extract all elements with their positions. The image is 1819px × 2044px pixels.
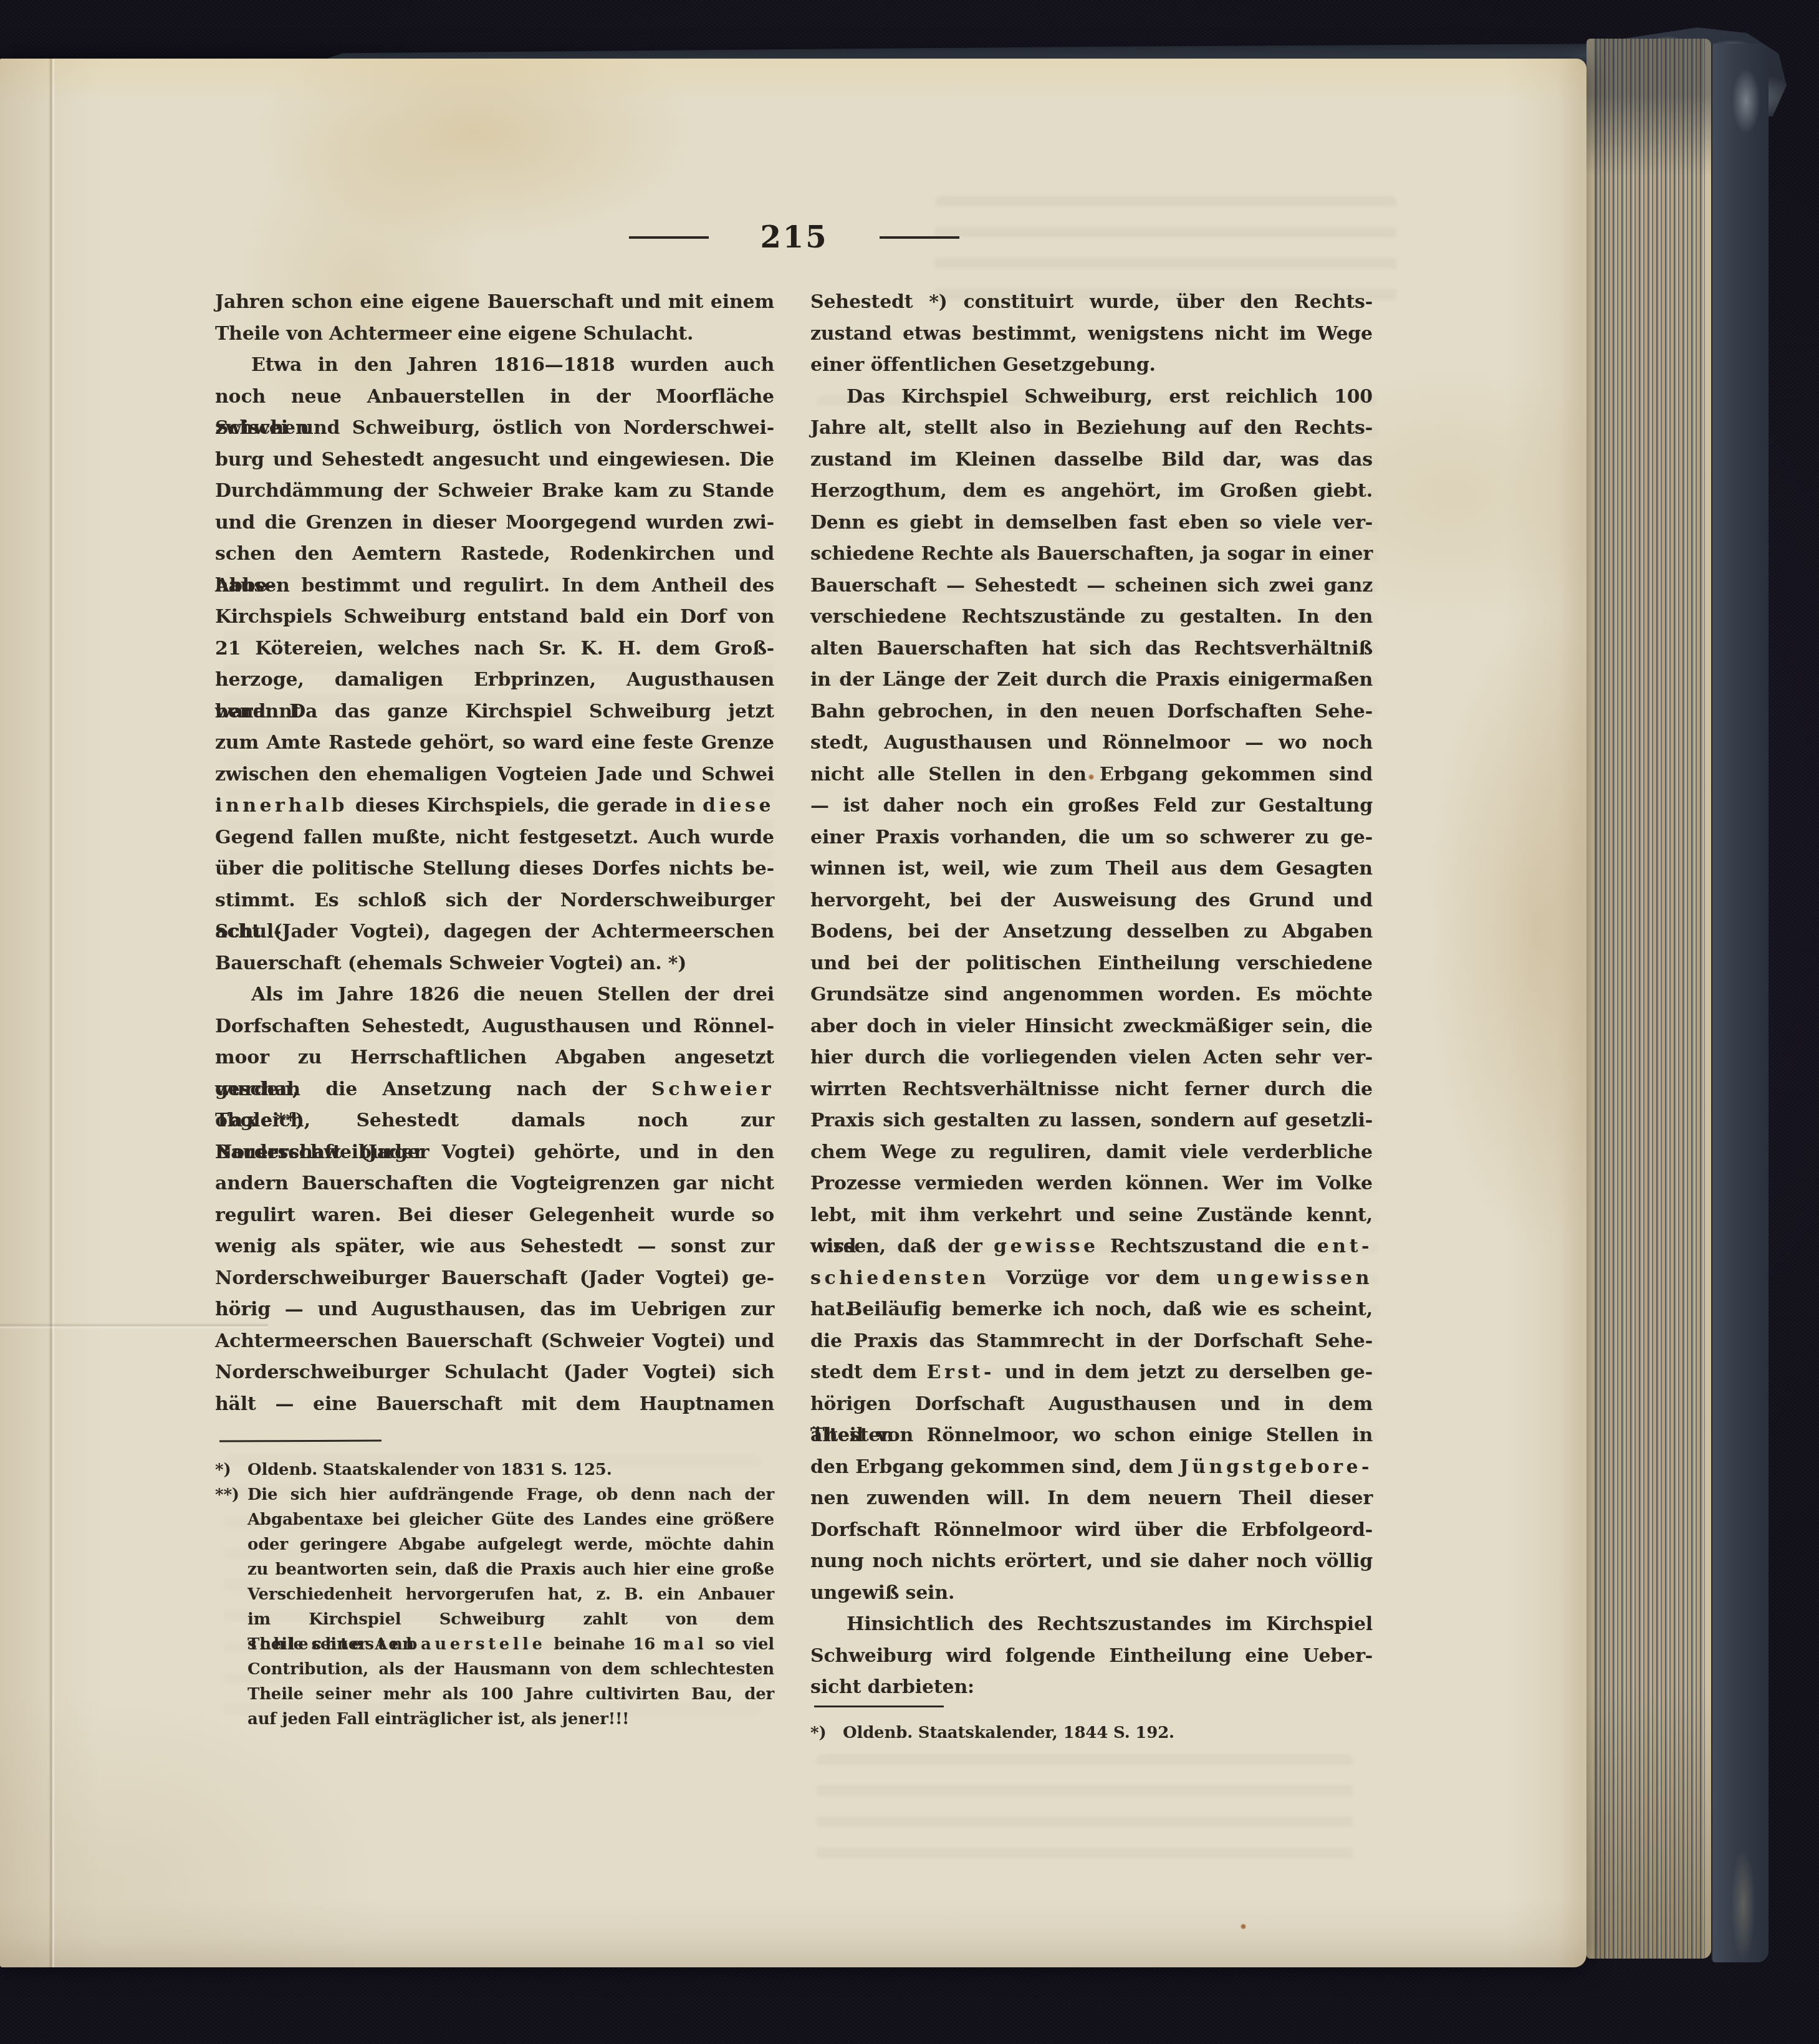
text-line: hörig — und Augusthausen, das im Uebrige… [215,1294,774,1326]
text-line: innerhalb dieses Kirchspiels, die gerade… [215,790,774,822]
text-line: Bahn gebrochen, in den neuen Dorfschafte… [810,696,1373,728]
text-line: und die Grenzen in dieser Moorgegend wur… [215,507,774,539]
book-cover-right-edge [1711,44,1769,1962]
text-line: Herzogthum, dem es angehört, im Großen g… [810,476,1373,507]
text-column-right: Sehestedt *) constituirt wurde, über den… [810,287,1373,1704]
text-line: schen den Aemtern Rastede, Rodenkirchen … [215,539,774,570]
text-line: hausen bestimmt und regulirt. In dem Ant… [215,570,774,602]
footnote-line: **)Die sich hier aufdrängende Frage, ob … [215,1482,774,1507]
letterspaced-text: schiedensten [810,1267,989,1289]
text-line: — ist daher noch ein großes Feld zur Ges… [810,790,1373,822]
text-line: Schwei und Schweiburg, östlich von Norde… [215,413,774,444]
text-line: lebt, mit ihm verkehrt und seine Zuständ… [810,1200,1373,1232]
text-line: schiedensten Vorzüge vor dem ungewissen … [810,1263,1373,1295]
footnote-line: auf jeden Fall einträglicher ist, als je… [215,1707,774,1732]
text-line: Denn es giebt in demselben fast eben so … [810,507,1373,539]
text-line: in der Länge der Zeit durch die Praxis e… [810,665,1373,696]
text-line: Praxis sich gestalten zu lassen, sondern… [810,1105,1373,1137]
letterspaced-text: innerhalb [215,795,348,817]
text-line: Kirchspiels Schweiburg entstand bald ein… [215,602,774,633]
text-line: einer Praxis vorhanden, die um so schwer… [810,822,1373,854]
text-column-left: Jahren schon eine eigene Bauerschaft und… [215,287,774,1420]
photo-backdrop: 215 Jahren schon eine eigene Bauerschaft… [0,0,1819,2044]
letterspaced-text: mal [663,1635,708,1654]
text-line: regulirt waren. Bei dieser Gelegenheit w… [215,1200,774,1232]
text-line: zustand etwas bestimmt, wenigstens nicht… [810,319,1373,350]
text-line: Bodens, bei der Ansetzung desselben zu A… [810,916,1373,948]
text-line: Grundsätze sind angenommen worden. Es mö… [810,979,1373,1011]
text-line: moor zu Herrschaftlichen Abgaben angeset… [215,1042,774,1074]
footnote-line: Theile seiner mehr als 100 Jahre cultivi… [215,1682,774,1707]
text-line: wenig als später, wie aus Sehestedt — so… [215,1231,774,1263]
text-line: nicht alle Stellen in den Erbgang gekomm… [810,759,1373,791]
footnote-line: Contribution, als der Hausmann von dem s… [215,1657,774,1682]
footnote-marker: **) [215,1482,247,1507]
footnote-line: Theile seiner Anbauerstelle beinahe 16 m… [215,1632,774,1657]
text-line: Etwa in den Jahren 1816—1818 wurden auch [215,350,774,381]
text-line: hier durch die vorliegenden vielen Acten… [810,1042,1373,1074]
footnote-line: zu beantworten sein, daß die Praxis auch… [215,1557,774,1582]
text-line: 21 Kötereien, welches nach Sr. K. H. dem… [215,633,774,665]
text-line: ungewiß sein. [810,1578,1373,1610]
text-line: wirrten Rechtsverhältnisse nicht ferner … [810,1074,1373,1106]
page-number: 215 [760,220,828,255]
text-line: hörigen Dorfschaft Augusthausen und in d… [810,1389,1373,1421]
header-dash-right [880,236,959,239]
footnotes-right: *)Oldenb. Staatskalender, 1844 S. 192. [810,1720,1373,1745]
text-line: Norderschweiburger Bauerschaft (Jader Vo… [215,1263,774,1295]
text-line: Theile von Achtermeer eine eigene Schula… [215,319,774,350]
text-line: Sehestedt *) constituirt wurde, über den… [810,287,1373,319]
text-line: burg und Sehestedt angesucht und eingewi… [215,444,774,476]
text-line: winnen ist, weil, wie zum Theil aus dem … [810,853,1373,885]
text-line: hervorgeht, bei der Ausweisung des Grund… [810,885,1373,917]
text-line: geschah die Ansetzung nach der Schweier … [215,1074,774,1106]
text-line: zum Amte Rastede gehört, so ward eine fe… [215,727,774,759]
text-line: ward. Da das ganze Kirchspiel Schweiburg… [215,696,774,728]
book-fore-edge-pages [1586,39,1711,1959]
text-line: Jahren schon eine eigene Bauerschaft und… [215,287,774,319]
letterspaced-text: Jüngstgebore- [1180,1456,1373,1478]
footnote-line: oder geringere Abgabe aufgelegt werde, m… [215,1532,774,1557]
footnote-marker: *) [810,1720,843,1745]
text-line: wissen, daß der gewisse Rechtszustand di… [810,1231,1373,1263]
footnote-line: Verschiedenheit hervorgerufen hat, z. B.… [215,1582,774,1607]
text-line: zwischen den ehemaligen Vogteien Jade un… [215,759,774,791]
text-line: einer öffentlichen Gesetzgebung. [810,350,1373,381]
bleedthrough-ghost [817,1754,1353,1879]
text-line: Achtermeerschen Bauerschaft (Schweier Vo… [215,1326,774,1358]
text-line: Beiläufig bemerke ich noch, daß wie es s… [810,1294,1373,1326]
footnote-line: im Kirchspiel Schweiburg zahlt von dem s… [215,1607,774,1632]
text-line: andern Bauerschaften die Vogteigrenzen g… [215,1168,774,1200]
text-line: Bauerschaft (ehemals Schweier Vogtei) an… [215,948,774,980]
page-header: 215 [215,216,1373,259]
footnote-line: *)Oldenb. Staatskalender, 1844 S. 192. [810,1720,1373,1745]
letterspaced-text: Anbauerstelle [375,1635,545,1654]
text-line: stedt, Augusthausen und Rönnelmoor — wo … [810,727,1373,759]
text-line: Dorfschaft Rönnelmoor wird über die Erbf… [810,1515,1373,1547]
footnote-line: Abgabentaxe bei gleicher Güte des Landes… [215,1507,774,1532]
text-line: stedt dem Erst- und in dem jetzt zu ders… [810,1357,1373,1389]
text-line: über die politische Stellung dieses Dorf… [215,853,774,885]
text-line: aber doch in vieler Hinsicht zweckmäßige… [810,1011,1373,1043]
book-page: 215 Jahren schon eine eigene Bauerschaft… [0,59,1586,1967]
footnote-rule-left [219,1440,382,1442]
letterspaced-text: ungewissen [1216,1267,1373,1289]
text-line: nen zuwenden will. In dem neuern Theil d… [810,1483,1373,1515]
text-line: Gegend fallen mußte, nicht festgesetzt. … [215,822,774,854]
text-line: die Praxis das Stammrecht in der Dorfsch… [810,1326,1373,1358]
text-line: Bauerschaft — Sehestedt — scheinen sich … [810,570,1373,602]
text-line: Dorfschaften Sehestedt, Augusthausen und… [215,1011,774,1043]
text-line: chem Wege zu reguliren, damit viele verd… [810,1137,1373,1169]
text-line: und bei der politischen Eintheilung vers… [810,948,1373,980]
text-line: schiedene Rechte als Bauerschaften, ja s… [810,539,1373,570]
letterspaced-text: diese [703,795,774,817]
text-line: Als im Jahre 1826 die neuen Stellen der … [215,979,774,1011]
text-line: hält — eine Bauerschaft mit dem Hauptnam… [215,1389,774,1421]
text-line: Jahre alt, stellt also in Beziehung auf … [810,413,1373,444]
footnotes-left: *)Oldenb. Staatskalender von 1831 S. 125… [215,1457,774,1732]
footnote-marker: *) [215,1457,247,1482]
gutter-crease [49,59,55,1967]
footnote-rule-right [814,1706,944,1707]
text-line: Prozesse vermieden werden können. Wer im… [810,1168,1373,1200]
footnote-line: *)Oldenb. Staatskalender von 1831 S. 125… [215,1457,774,1482]
text-line: den Erbgang gekommen sind, dem Jüngstgeb… [810,1452,1373,1484]
text-line: noch neue Anbauerstellen in der Moorfläc… [215,381,774,413]
text-line: obgleich Sehestedt damals noch zur Norde… [215,1105,774,1137]
text-line: Norderschweiburger Schulacht (Jader Vogt… [215,1357,774,1389]
text-line: nung noch nichts erörtert, und sie daher… [810,1546,1373,1578]
letterspaced-text: ent- [1317,1236,1373,1257]
text-line: zustand im Kleinen dasselbe Bild dar, wa… [810,444,1373,476]
text-line: Das Kirchspiel Schweiburg, erst reichlic… [810,381,1373,413]
text-line: sicht darbieten: [810,1672,1373,1704]
paper-speck [1241,1924,1246,1929]
text-line: Bauerschaft (Jader Vogtei) gehörte, und … [215,1137,774,1169]
letterspaced-text: Erst- [927,1361,995,1383]
text-line: herzoge, damaligen Erbprinzen, Augusthau… [215,665,774,696]
header-dash-left [629,236,709,239]
text-line: Theil von Rönnelmoor, wo schon einige St… [810,1420,1373,1452]
text-line: stimmt. Es schloß sich der Norderschweib… [215,885,774,917]
text-line: Schweiburg wird folgende Eintheilung ein… [810,1641,1373,1672]
text-line: alten Bauerschaften hat sich das Rechtsv… [810,633,1373,665]
text-line: Hinsichtlich des Rechtszustandes im Kirc… [810,1609,1373,1641]
text-line: acht (Jader Vogtei), dagegen der Achterm… [215,916,774,948]
text-line: Durchdämmung der Schweier Brake kam zu S… [215,476,774,507]
text-line: verschiedene Rechtszustände zu gestalten… [810,602,1373,633]
letterspaced-text: gewisse [994,1236,1099,1257]
